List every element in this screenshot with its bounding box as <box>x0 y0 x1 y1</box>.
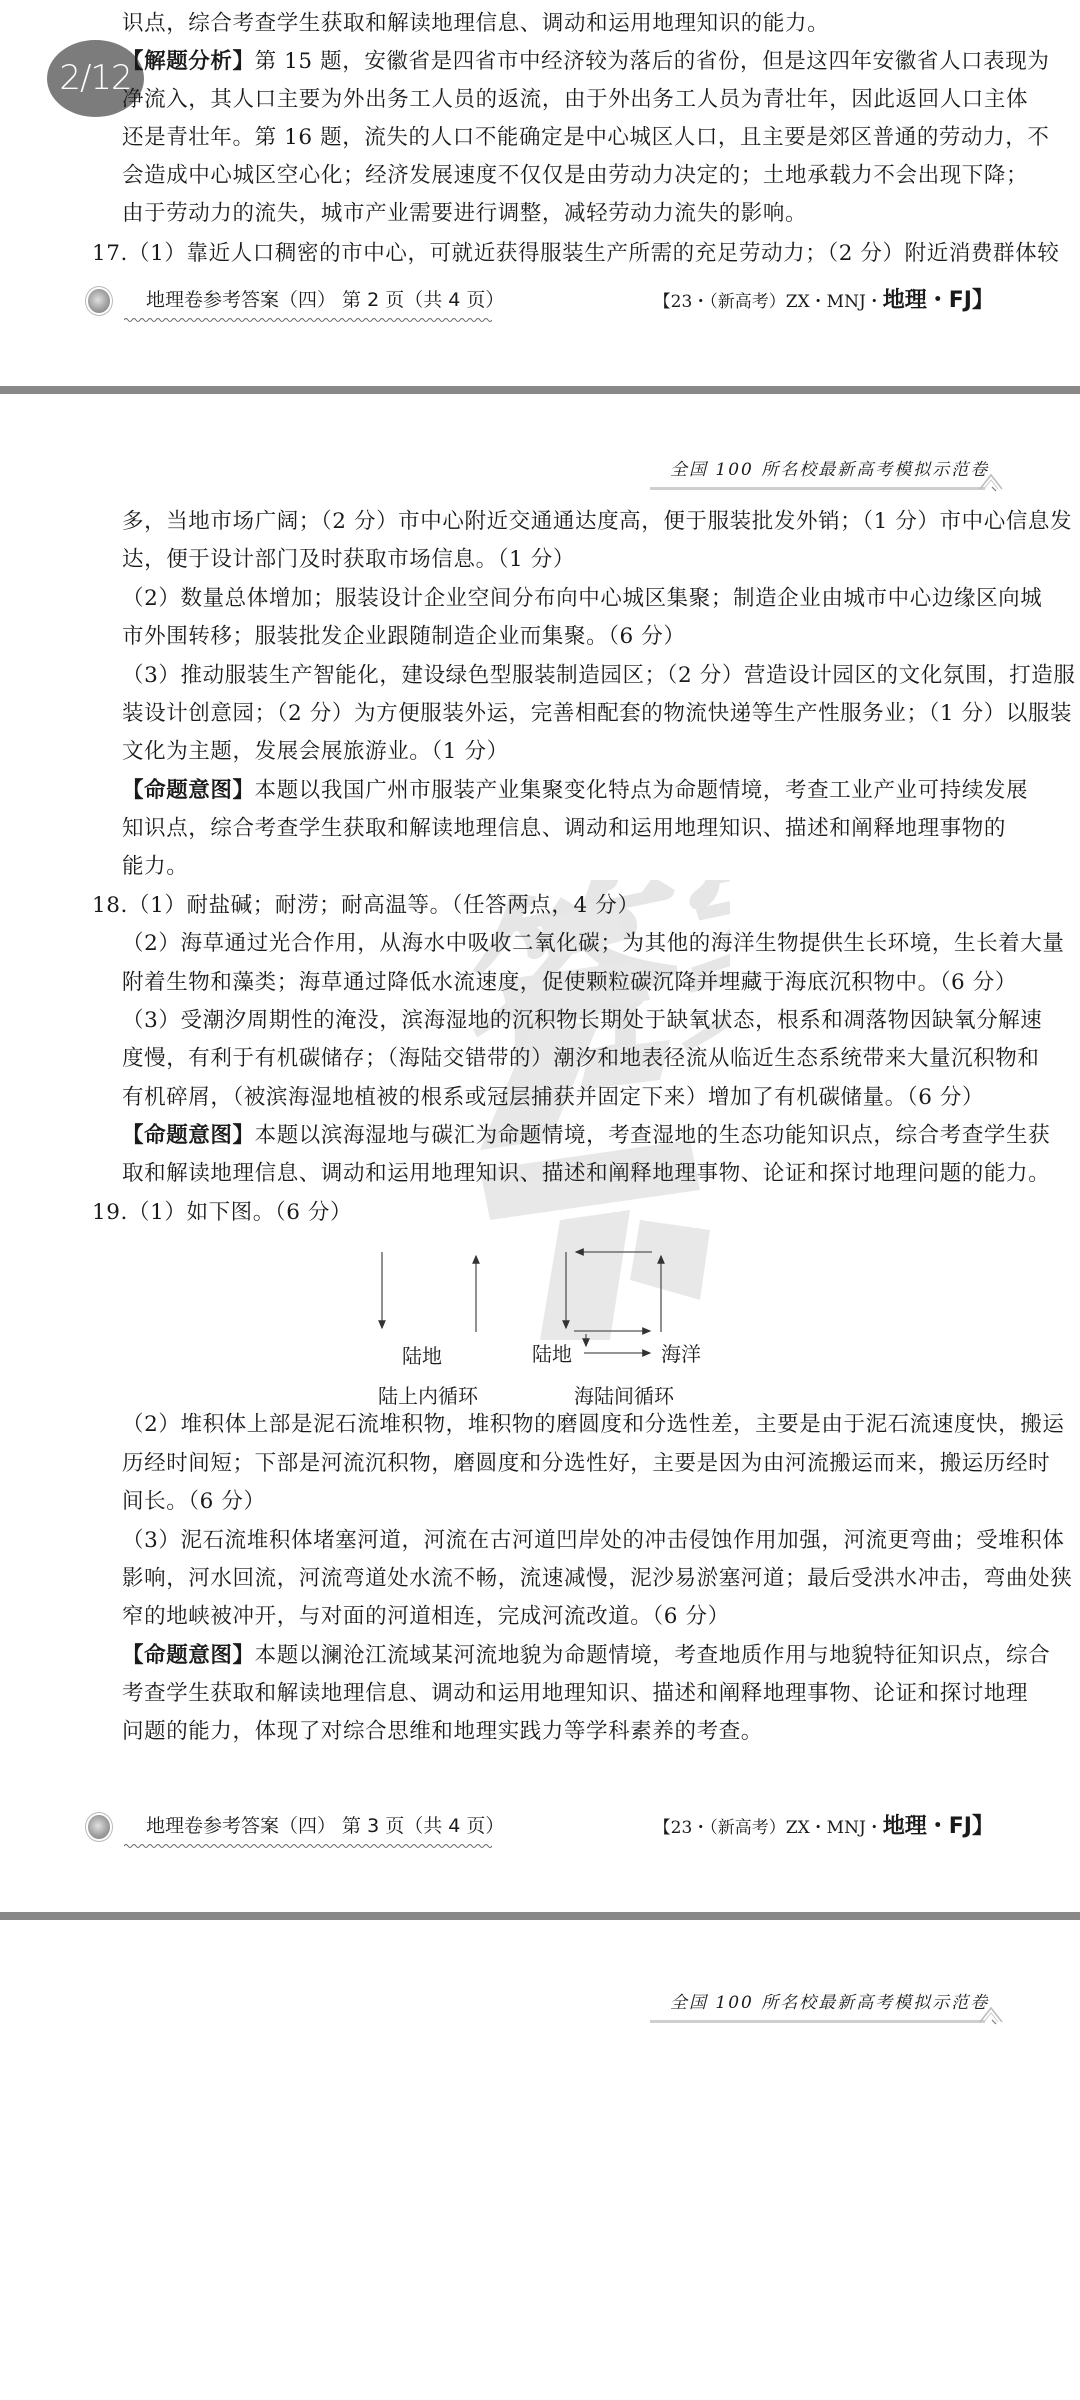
text-span: 本题以滨海湿地与碳汇为命题情境，考查湿地的生态功能知识点，综合考查学生获 <box>255 1123 1051 1148</box>
intent-label: 【命题意图】 <box>122 1123 255 1148</box>
analysis-label: 【解题分析】 <box>122 49 255 74</box>
intent-label: 【命题意图】 <box>122 778 255 803</box>
text-line: 装设计创意园；（2 分）为方便服装外运，完善相配套的物流快递等生产性服务业；（1… <box>122 700 1072 728</box>
exam-code-prefix: 【23・（新高考）ZX・MNJ・ <box>654 292 883 312</box>
question-19-start: 19.（1）如下图。（6 分） <box>92 1199 352 1227</box>
text-line: （2）堆积体上部是泥石流堆积物，堆积物的磨圆度和分选性差，主要是由于泥石流速度快… <box>122 1411 1064 1439</box>
text-line: 间长。（6 分） <box>122 1488 266 1516</box>
text-line: 度慢，有利于有机碳储存；（海陆交错带的）潮汐和地表径流从临近生态系统带来大量沉积… <box>122 1045 1039 1073</box>
question-17-start: 17.（1）靠近人口稠密的市中心，可就近获得服装生产所需的充足劳动力；（2 分）… <box>92 240 1059 268</box>
text-line: 能力。 <box>122 853 188 881</box>
page-header: 全国 100 所名校最新高考模拟示范卷 <box>640 1988 1000 2028</box>
text-span: 本题以澜沧江流域某河流地貌为命题情境，考查地质作用与地貌特征知识点，综合 <box>255 1643 1051 1668</box>
text-line: 【解题分析】第 15 题，安徽省是四省市中经济较为落后的省份，但是这四年安徽省人… <box>122 48 1049 76</box>
text-line: （2）海草通过光合作用，从海水中吸收二氧化碳；为其他的海洋生物提供生长环境，生长… <box>122 930 1064 958</box>
text-line: 有机碎屑，（被滨海湿地植被的根系或冠层捕获并固定下来）增加了有机碳储量。（6 分… <box>122 1084 984 1112</box>
exam-subject: 地理・FJ】 <box>883 288 994 313</box>
text-line: 【命题意图】本题以澜沧江流域某河流地貌为命题情境，考查地质作用与地貌特征知识点，… <box>122 1642 1050 1670</box>
text-line: （2）数量总体增加；服装设计企业空间分布向中心城区集聚；制造企业由城市中心边缘区… <box>122 585 1042 613</box>
wavy-underline <box>124 317 492 323</box>
footer-exam-code: 【23・（新高考）ZX・MNJ・地理・FJ】 <box>654 1809 994 1840</box>
text-line: 文化为主题，发展会展旅游业。（1 分） <box>122 738 509 766</box>
text-line: 会造成中心城区空心化；经济发展速度不仅仅是由劳动力决定的；土地承载力不会出现下降… <box>122 162 1028 190</box>
wavy-underline <box>124 1843 492 1849</box>
header-rule <box>650 487 985 490</box>
sea-land-cycle-caption: 海陆间循环 <box>574 1380 674 1409</box>
text-line: 知识点，综合考查学生获取和解读地理信息、调动和运用地理知识、描述和阐释地理事物的 <box>122 815 1006 843</box>
text-line: 历经时间短；下部是河流沉积物，磨圆度和分选性好，主要是因为由河流搬运而来，搬运历… <box>122 1450 1050 1478</box>
question-18-start: 18.（1）耐盐碱；耐涝；耐高温等。（任答两点，4 分） <box>92 892 639 920</box>
ocean-label: 海洋 <box>661 1338 701 1367</box>
text-line: 由于劳动力的流失，城市产业需要进行调整，减轻劳动力流失的影响。 <box>122 200 807 228</box>
series-title: 全国 100 所名校最新高考模拟示范卷 <box>670 1988 989 2013</box>
header-rule <box>650 2020 985 2023</box>
text-line: 达，便于设计部门及时获取市场信息。（1 分） <box>122 546 575 574</box>
page-header: 全国 100 所名校最新高考模拟示范卷 <box>640 455 1000 495</box>
text-span: 第 15 题，安徽省是四省市中经济较为落后的省份，但是这四年安徽省人口表现为 <box>255 49 1050 74</box>
page-footer: 地理卷参考答案（四） 第 3 页（共 4 页） 【23・（新高考）ZX・MNJ・… <box>0 1809 1080 1853</box>
footer-disc-icon <box>88 1815 110 1839</box>
text-line: 影响，河水回流，河流弯道处水流不畅，流速减慢，泥沙易淤塞河道；最后受洪水冲击，弯… <box>122 1565 1072 1593</box>
text-line: 问题的能力，体现了对综合思维和地理实践力等学科素养的考查。 <box>122 1718 763 1746</box>
text-line: 取和解读地理信息、调动和运用地理知识、描述和阐释地理事物、论证和探讨地理问题的能… <box>122 1160 1050 1188</box>
page-footer: 地理卷参考答案（四） 第 2 页（共 4 页） 【23・（新高考）ZX・MNJ・… <box>0 283 1080 327</box>
text-line: （3）受潮汐周期性的淹没，滨海湿地的沉积物长期处于缺氧状态，根系和凋落物因缺氧分… <box>122 1007 1042 1035</box>
text-line: 【命题意图】本题以滨海湿地与碳汇为命题情境，考查湿地的生态功能知识点，综合考查学… <box>122 1122 1050 1150</box>
text-line: （3）推动服装生产智能化，建设绿色型服装制造园区；（2 分）营造设计园区的文化氛… <box>122 662 1075 690</box>
text-line: 市外围转移；服装批发企业跟随制造企业而集聚。（6 分） <box>122 623 685 651</box>
text-line: 窄的地峡被冲开，与对面的河道相连，完成河流改道。（6 分） <box>122 1603 730 1631</box>
text-line: 还是青壮年。第 16 题，流失的人口不能确定是中心城区人口，且主要是郊区普通的劳… <box>122 124 1049 152</box>
footer-exam-code: 【23・（新高考）ZX・MNJ・地理・FJ】 <box>654 283 994 314</box>
footer-page-label: 地理卷参考答案（四） 第 2 页（共 4 页） <box>146 285 504 312</box>
water-cycle-diagram: 陆地 陆上内循环 陆地 海洋 海陆间循环 <box>330 1240 730 1410</box>
header-chevron-icon <box>978 469 1004 493</box>
text-line: （3）泥石流堆积体堵塞河道，河流在古河道凹岸处的冲击侵蚀作用加强，河流更弯曲；受… <box>122 1527 1064 1555</box>
text-line: 考查学生获取和解读地理信息、调动和运用地理知识、描述和阐释地理事物、论证和探讨地… <box>122 1680 1028 1708</box>
text-line: 【命题意图】本题以我国广州市服装产业集聚变化特点为命题情境，考查工业产业可持续发… <box>122 777 1028 805</box>
land-cycle-caption: 陆上内循环 <box>378 1380 478 1409</box>
text-line: 多，当地市场广阔；（2 分）市中心附近交通通达度高，便于服装批发外销；（1 分）… <box>122 508 1072 536</box>
exam-subject: 地理・FJ】 <box>883 1814 994 1839</box>
page-separator <box>0 386 1080 394</box>
land-label: 陆地 <box>532 1338 572 1367</box>
exam-code-prefix: 【23・（新高考）ZX・MNJ・ <box>654 1818 883 1838</box>
page-separator <box>0 1912 1080 1920</box>
footer-disc-icon <box>88 289 110 313</box>
text-span: 本题以我国广州市服装产业集聚变化特点为命题情境，考查工业产业可持续发展 <box>255 778 1029 803</box>
text-line: 净流入，其人口主要为外出务工人员的返流，由于外出务工人员为青壮年，因此返回人口主… <box>122 86 1028 114</box>
text-line: 识点，综合考查学生获取和解读地理信息、调动和运用地理知识的能力。 <box>122 10 829 38</box>
text-line: 附着生物和藻类；海草通过降低水流速度，促使颗粒碳沉降并埋藏于海底沉积物中。（6 … <box>122 969 1017 997</box>
series-title: 全国 100 所名校最新高考模拟示范卷 <box>670 455 989 480</box>
land-label: 陆地 <box>402 1340 442 1369</box>
footer-page-label: 地理卷参考答案（四） 第 3 页（共 4 页） <box>146 1811 504 1838</box>
header-chevron-icon <box>978 2002 1004 2026</box>
intent-label: 【命题意图】 <box>122 1643 255 1668</box>
